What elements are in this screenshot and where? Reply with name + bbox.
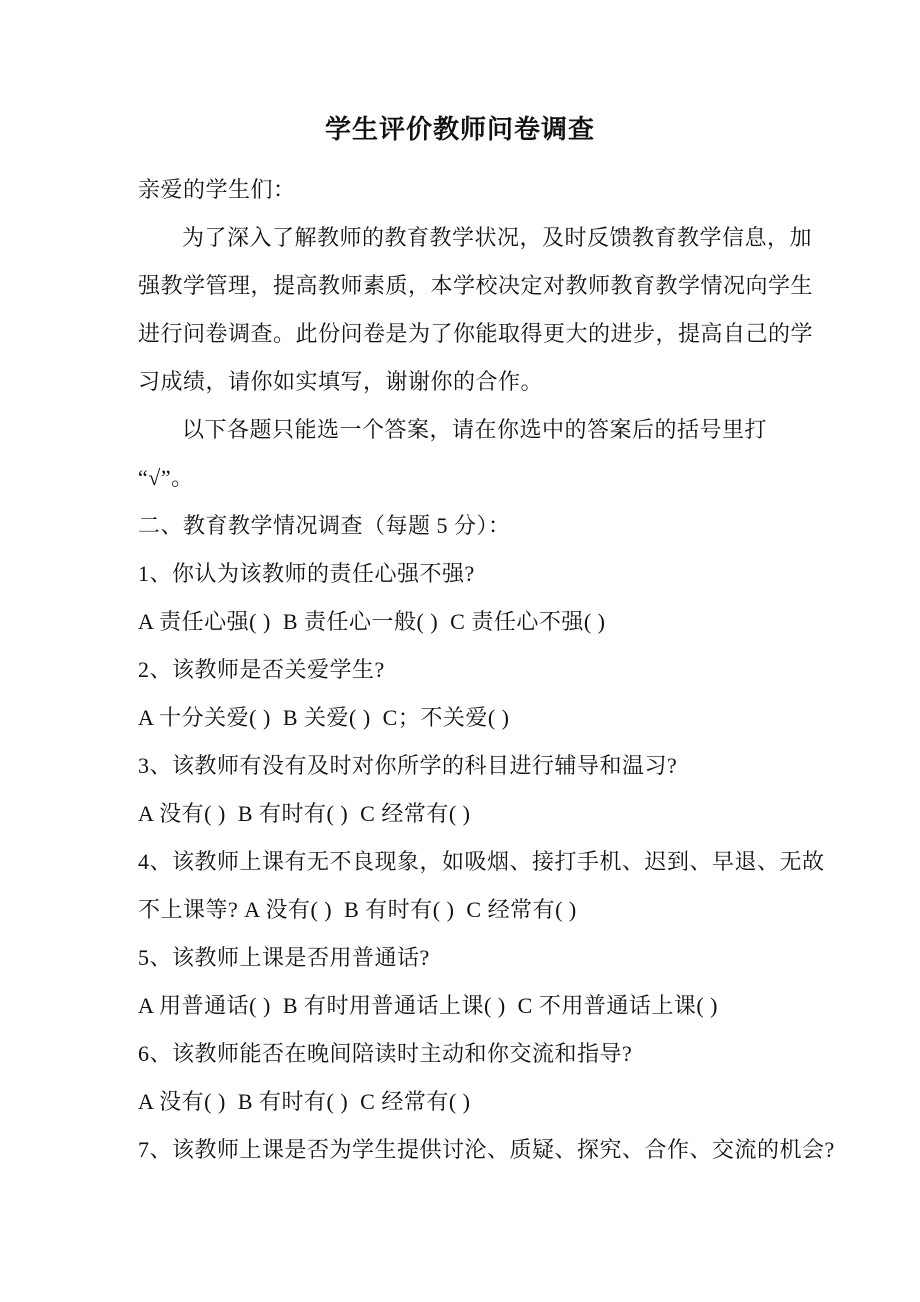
document-text-line: 习成绩，请你如实填写，谢谢你的合作。 [138, 358, 828, 406]
document-text-line: 强教学管理，提高教师素质，本学校决定对教师教育教学情况向学生 [138, 262, 828, 310]
document-text-line: 为了深入了解教师的教育教学状况，及时反馈教育教学信息，加 [138, 214, 828, 262]
document-text-line: A 没有( ) B 有时有( ) C 经常有( ) [138, 790, 828, 838]
document-body: 亲爱的学生们：为了深入了解教师的教育教学状况，及时反馈教育教学信息，加强教学管理… [138, 166, 828, 1174]
document-text-line: A 十分关爱( ) B 关爱( ) C；不关爱( ) [138, 694, 828, 742]
document-text-line: 二、教育教学情况调查（每题 5 分）： [138, 502, 828, 550]
document-page: 学生评价教师问卷调查 亲爱的学生们：为了深入了解教师的教育教学状况，及时反馈教育… [0, 0, 920, 1302]
document-text-line: “√”。 [138, 454, 828, 502]
document-text-line: A 责任心强( ) B 责任心一般( ) C 责任心不强( ) [138, 598, 828, 646]
document-text-line: 2、该教师是否关爱学生? [138, 646, 828, 694]
document-text-line: A 没有( ) B 有时有( ) C 经常有( ) [138, 1078, 828, 1126]
document-text-line: 以下各题只能选一个答案，请在你选中的答案后的括号里打 [138, 406, 828, 454]
document-text-line: A 用普通话( ) B 有时用普通话上课( ) C 不用普通话上课( ) [138, 982, 828, 1030]
document-text-line: 1、你认为该教师的责任心强不强? [138, 550, 828, 598]
document-text-line: 6、该教师能否在晚间陪读时主动和你交流和指导? [138, 1030, 828, 1078]
document-text-line: 5、该教师上课是否用普通话? [138, 934, 828, 982]
document-title: 学生评价教师问卷调查 [0, 105, 920, 155]
document-text-line: 3、该教师有没有及时对你所学的科目进行辅导和温习? [138, 742, 828, 790]
document-text-line: 进行问卷调查。此份问卷是为了你能取得更大的进步，提高自己的学 [138, 310, 828, 358]
document-text-line: 亲爱的学生们： [138, 166, 828, 214]
document-text-line: 7、该教师上课是否为学生提供讨沦、质疑、探究、合作、交流的机会? [138, 1126, 828, 1174]
document-text-line: 4、该教师上课有无不良现象，如吸烟、接打手机、迟到、早退、无故 [138, 838, 828, 886]
document-text-line: 不上课等? A 没有( ) B 有时有( ) C 经常有( ) [138, 886, 828, 934]
